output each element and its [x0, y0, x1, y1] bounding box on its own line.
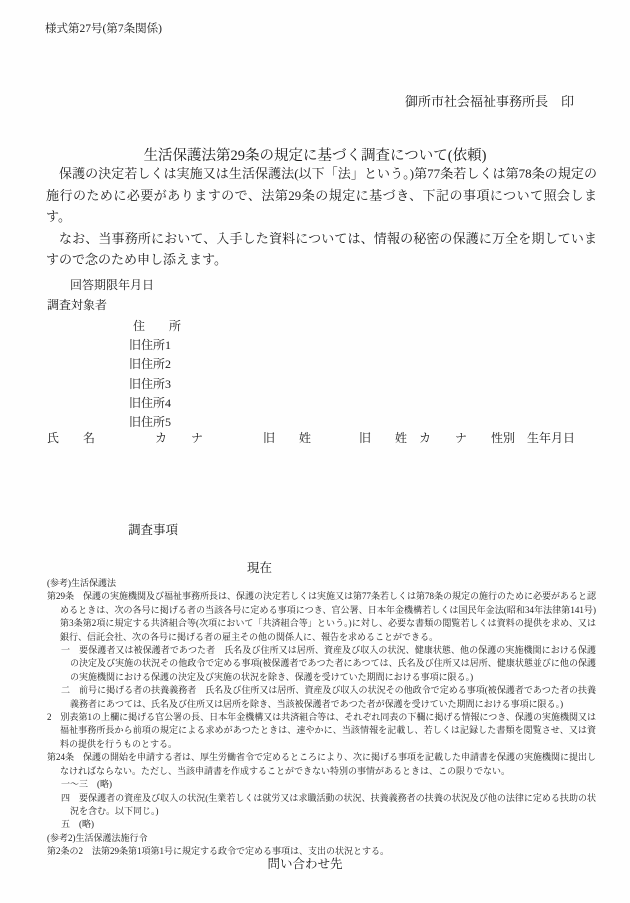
reference-heading-enforcement-order: (参考2)生活保護法施行令	[47, 832, 596, 845]
current-status-label: 現在	[247, 558, 272, 576]
law-article-24-item-5: 五 (略)	[47, 818, 596, 831]
old-address-3-label: 旧住所3	[129, 375, 171, 392]
reference-heading-public-assistance-act: (参考)生活保護法	[47, 577, 596, 590]
law-article-24-items-1-3: 一～三 (略)	[47, 778, 596, 791]
law-article-29-item-1: 一 要保護者又は被保護者であつた者 氏名及び住所又は居所、資産及び収入の状況、健…	[47, 644, 596, 684]
survey-items-label: 調査事項	[128, 520, 178, 538]
form-number: 様式第27号(第7条関係)	[45, 20, 162, 36]
office-signature: 御所市社会福祉事務所長 印	[405, 91, 574, 110]
body-paragraph-2: なお、当事務所において、入手した資料については、情報の秘密の保護に万全を期してい…	[46, 228, 597, 271]
law-article-24: 第24条 保護の開始を申請する者は、厚生労働省令で定めるところにより、次に掲げる…	[47, 751, 596, 778]
old-address-4-label: 旧住所4	[129, 394, 171, 411]
law-article-29-paragraph-2: 2 別表第1の上欄に掲げる官公署の長、日本年金機構又は共済組合等は、それぞれ同表…	[47, 711, 596, 751]
document-page: 様式第27号(第7条関係) 御所市社会福祉事務所長 印 生活保護法第29条の規定…	[0, 0, 630, 903]
reply-deadline-label: 回答期限年月日	[70, 276, 154, 293]
reference-law-block: (参考)生活保護法 第29条 保護の実施機関及び福祉事務所長は、保護の決定若しく…	[47, 577, 596, 859]
name-header-row: 氏 名 カ ナ 旧 姓 旧 姓 カ ナ 性別 生年月日	[47, 429, 575, 446]
document-title: 生活保護法第29条の規定に基づく調査について(依頼)	[0, 144, 630, 165]
body-text: 保護の決定若しくは実施又は生活保護法(以下「法」という。)第77条若しくは第78…	[46, 163, 597, 271]
law-article-24-item-4: 四 要保護者の資産及び収入の状況(生業若しくは就労又は求職活動の状況、扶養義務者…	[47, 792, 596, 819]
contact-label: 問い合わせ先	[0, 854, 610, 872]
old-address-1-label: 旧住所1	[129, 336, 171, 353]
law-article-29-item-2: 二 前号に掲げる者の扶養義務者 氏名及び住所又は居所、資産及び収入の状況その他政…	[47, 684, 596, 711]
address-label: 住 所	[133, 317, 181, 334]
survey-subject-label: 調査対象者	[47, 296, 107, 313]
law-article-29: 第29条 保護の実施機関及び福祉事務所長は、保護の決定若しくは実施又は第77条若…	[47, 590, 596, 644]
old-address-5-label: 旧住所5	[129, 413, 171, 430]
body-paragraph-1: 保護の決定若しくは実施又は生活保護法(以下「法」という。)第77条若しくは第78…	[46, 163, 597, 228]
old-address-2-label: 旧住所2	[129, 355, 171, 372]
